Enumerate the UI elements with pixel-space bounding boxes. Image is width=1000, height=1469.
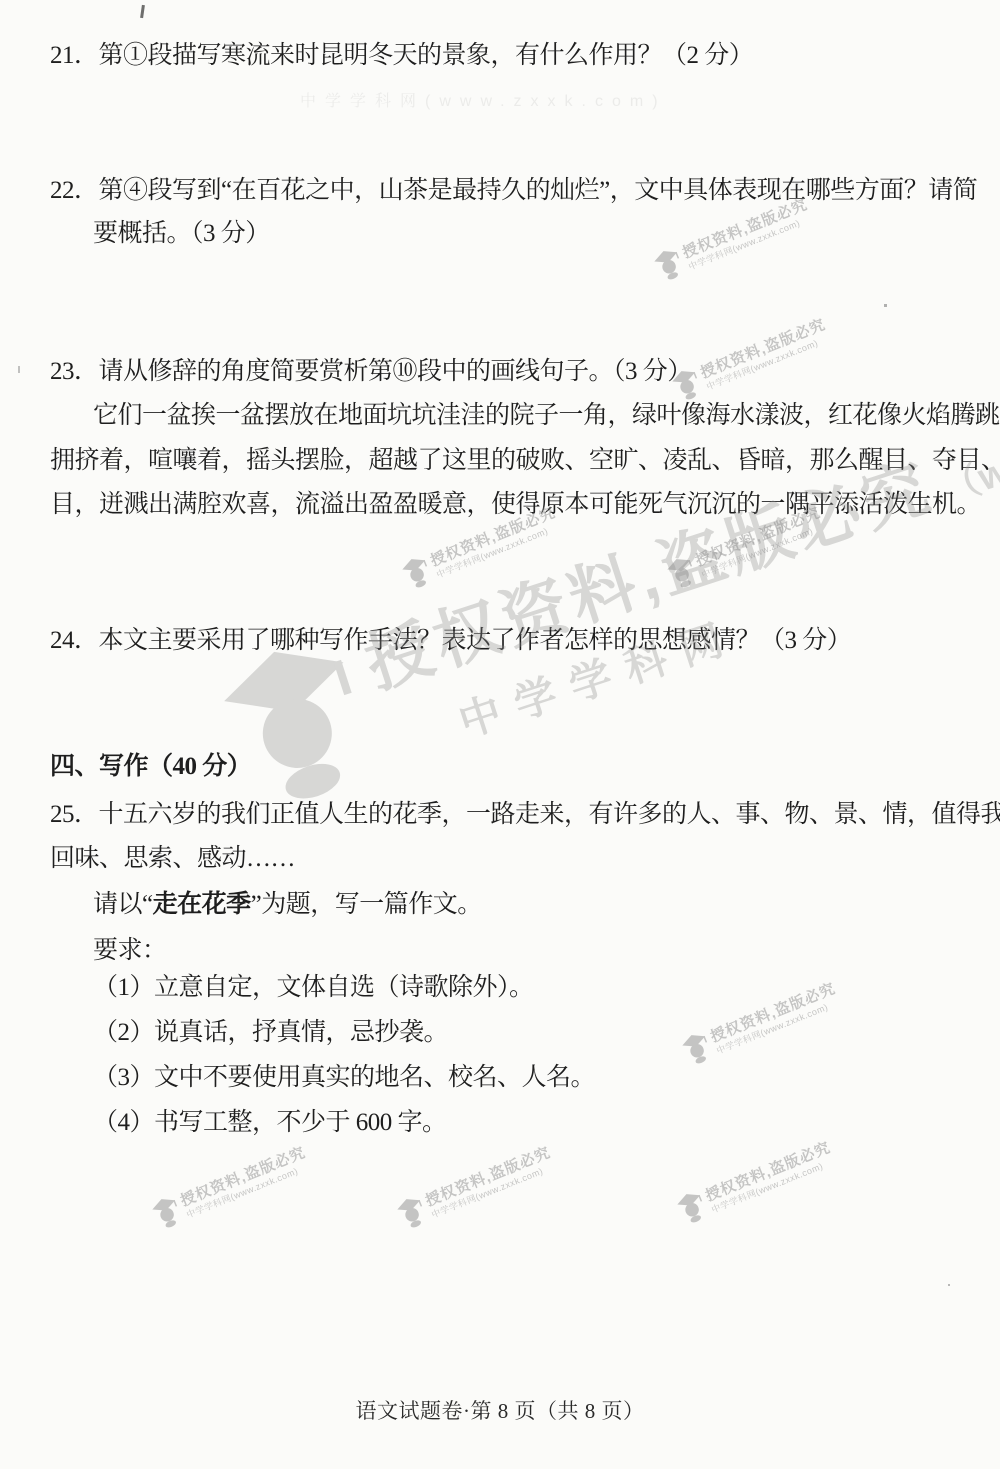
composition-prompt: 请以“走在花季”为题，写一篇作文。 (93, 891, 482, 920)
stamp-line2: 中学学科网(www.zxxk.com) (185, 1160, 312, 1219)
watermark-stamp: 授权资料,盗版必究中学学科网(www.zxxk.com) (650, 192, 814, 283)
question-23-quote-line1: 它们一盆挨一盆摆放在地面坑坑洼洼的院子一角，绿叶像海水漾波，红花像火焰腾跳， (93, 402, 1000, 431)
requirement-3: （3）文中不要使用真实的地名、校名、人名。 (93, 1064, 595, 1093)
question-21: 21．第①段描写寒流来时昆明冬天的景象，有什么作用？（2 分） (50, 42, 753, 71)
requirements-label: 要求： (93, 937, 167, 966)
requirement-1: （1）立意自定，文体自选（诗歌除外）。 (93, 974, 534, 1003)
stamp-line1: 授权资料,盗版必究 (178, 1145, 308, 1211)
stamp-line1: 授权资料,盗版必究 (423, 1145, 553, 1211)
watermark-stamp: 授权资料,盗版必究中学学科网(www.zxxk.com) (673, 1135, 837, 1226)
watermark-stamp: 授权资料,盗版必究中学学科网(www.zxxk.com) (668, 312, 832, 403)
stamp-line2: 中学学科网(www.zxxk.com) (705, 332, 832, 391)
watermark-url-text: （www.zxxk.com） (934, 354, 1000, 513)
zxxk-mascot-icon (663, 552, 700, 592)
composition-title: 走在花季 (153, 891, 251, 918)
question-22-line1: 22．第④段写到“在百花之中，山茶是最持久的灿烂”，文中具体表现在哪些方面？请简 (50, 177, 977, 206)
scan-speck (948, 1284, 950, 1286)
question-25-line2: 回味、思索、感动…… (50, 845, 295, 874)
stamp-line1: 授权资料,盗版必究 (698, 317, 828, 383)
zxxk-mascot-icon (148, 1192, 185, 1232)
zxxk-mascot-icon (650, 244, 687, 284)
question-22-line2: 要概括。（3 分） (93, 220, 270, 249)
stamp-line1: 授权资料,盗版必究 (708, 981, 838, 1047)
requirement-4: （4）书写工整，不少于 600 字。 (93, 1109, 447, 1138)
question-23-quote-line2: 拥挤着，喧嚷着，摇头摆脸，超越了这里的破败、空旷、凌乱、昏暗，那么醒目、夺目、灼 (50, 447, 1000, 476)
stamp-line2: 中学学科网(www.zxxk.com) (710, 1155, 837, 1214)
stamp-line1: 授权资料,盗版必究 (703, 1140, 833, 1206)
question-23-quote-line3: 目，迸溅出满腔欢喜，流溢出盈盈暖意，使得原本可能死气沉沉的一隅平添活泼生机。 (50, 491, 981, 520)
watermark-faint: 中学学科网(www.zxxk.com) (300, 88, 667, 111)
question-23: 23．请从修辞的角度简要赏析第⑩段中的画线句子。（3 分） (50, 358, 692, 387)
zxxk-mascot-icon (673, 1187, 710, 1227)
page-footer: 语文试题卷·第 8 页（共 8 页） (0, 1395, 1000, 1425)
section-4-heading: 四、写作（40 分） (50, 753, 251, 782)
watermark-stamp: 授权资料,盗版必究中学学科网(www.zxxk.com) (393, 1140, 557, 1231)
stamp-line1: 授权资料,盗版必究 (680, 197, 810, 263)
stamp-line2: 中学学科网(www.zxxk.com) (715, 996, 842, 1055)
zxxk-mascot-icon (398, 552, 435, 592)
question-24: 24．本文主要采用了哪种写作手法？表达了作者怎样的思想感情？（3 分） (50, 627, 851, 656)
scan-speck (140, 5, 145, 18)
watermark-stamp: 授权资料,盗版必究中学学科网(www.zxxk.com) (678, 976, 842, 1067)
watermark-stamp: 授权资料,盗版必究中学学科网(www.zxxk.com) (148, 1140, 312, 1231)
watermark-large: 授权资料,盗版必究 （www.zxxk.com） 中学学科网 (204, 319, 1000, 819)
stamp-line2: 中学学科网(www.zxxk.com) (430, 1160, 557, 1219)
requirement-2: （2）说真话，抒真情，忌抄袭。 (93, 1019, 448, 1048)
composition-prompt-prefix: 请以“ (93, 891, 153, 918)
zxxk-mascot-icon (393, 1192, 430, 1232)
stamp-line2: 中学学科网(www.zxxk.com) (435, 520, 562, 579)
question-25-line1: 25．十五六岁的我们正值人生的花季，一路走来，有许多的人、事、物、景、情，值得我… (50, 801, 1000, 830)
composition-prompt-suffix: ”为题，写一篇作文。 (251, 891, 482, 918)
exam-page: 中学学科网(www.zxxk.com) 21．第①段描写寒流来时昆明冬天的景象，… (0, 0, 1000, 1469)
scan-speck (884, 304, 887, 307)
stamp-line2: 中学学科网(www.zxxk.com) (687, 212, 814, 271)
zxxk-mascot-icon (678, 1028, 715, 1068)
stamp-line2: 中学学科网(www.zxxk.com) (700, 520, 827, 579)
scan-speck (18, 366, 20, 373)
